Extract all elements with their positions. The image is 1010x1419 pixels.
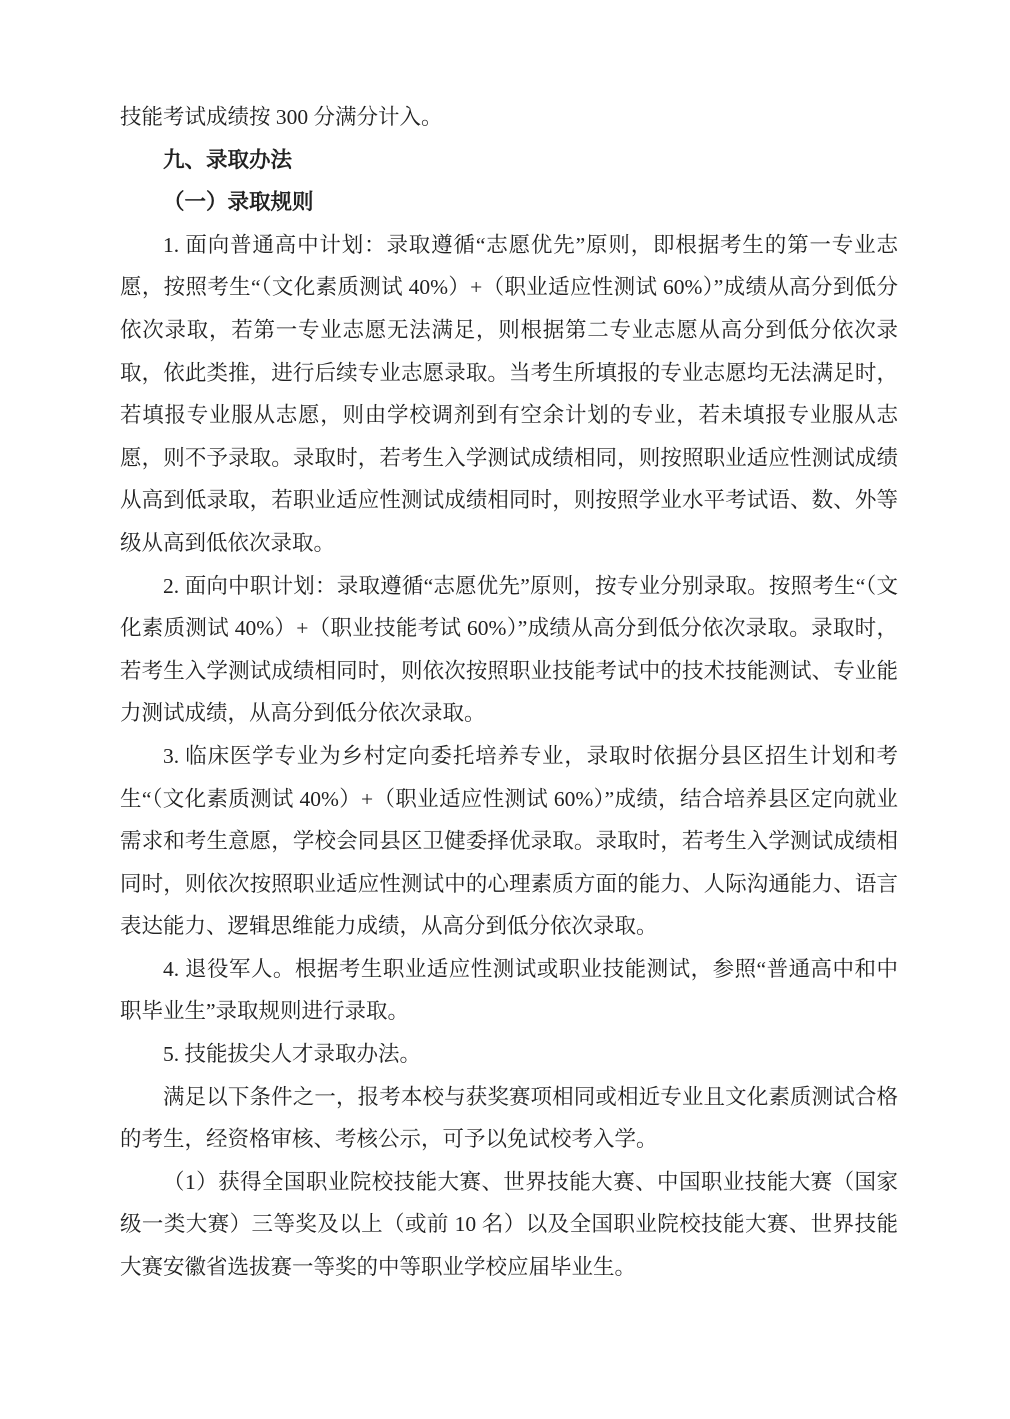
rule-paragraph-1: 1. 面向普通高中计划：录取遵循“志愿优先”原则，即根据考生的第一专业志愿，按照… [120, 224, 898, 565]
section-heading: 九、录取办法 [120, 139, 898, 182]
document-page: 技能考试成绩按 300 分满分计入。 九、录取办法 （一）录取规则 1. 面向普… [0, 0, 1010, 1419]
rule-paragraph-3: 3. 临床医学专业为乡村定向委托培养专业，录取时依据分县区招生计划和考生“（文化… [120, 735, 898, 948]
rule-paragraph-2: 2. 面向中职计划：录取遵循“志愿优先”原则，按专业分别录取。按照考生“（文化素… [120, 565, 898, 735]
rule-paragraph-4: 4. 退役军人。根据考生职业适应性测试或职业技能测试，参照“普通高中和中职毕业生… [120, 948, 898, 1033]
continuation-paragraph: 技能考试成绩按 300 分满分计入。 [120, 96, 898, 139]
award-condition-paragraph: （1）获得全国职业院校技能大赛、世界技能大赛、中国职业技能大赛（国家级一类大赛）… [120, 1161, 898, 1289]
subsection-heading: （一）录取规则 [120, 181, 898, 224]
rule-paragraph-5: 5. 技能拔尖人才录取办法。 [120, 1033, 898, 1076]
eligibility-intro-paragraph: 满足以下条件之一，报考本校与获奖赛项相同或相近专业且文化素质测试合格的考生，经资… [120, 1076, 898, 1161]
